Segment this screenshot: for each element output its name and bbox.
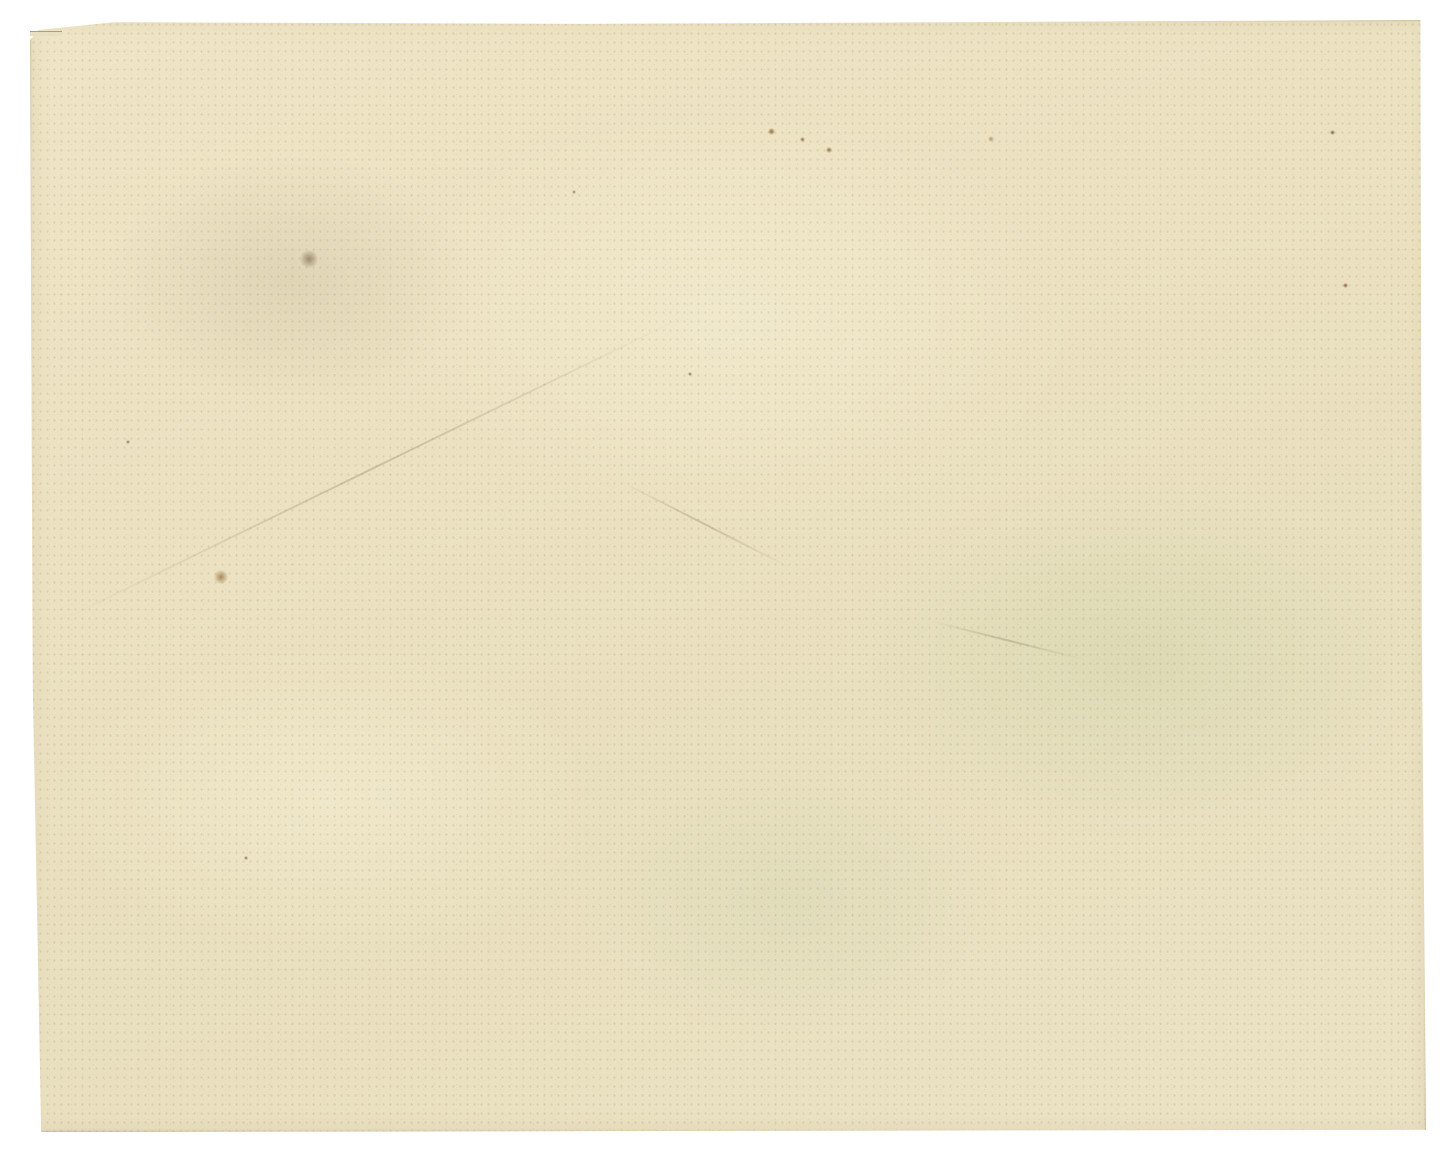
stain-spot (300, 250, 318, 268)
stain-spot (800, 137, 805, 142)
aged-paper-sheet (30, 20, 1426, 1132)
paper-corner-flap (30, 31, 62, 36)
stain-spot (126, 440, 130, 444)
image-canvas (0, 0, 1452, 1156)
stain-spot (1330, 130, 1335, 135)
stain-spot (826, 147, 832, 153)
stain-spot (214, 570, 228, 584)
stain-spot (688, 372, 692, 376)
stain-spot (1343, 283, 1348, 288)
stain-spot (244, 856, 248, 860)
paper-grain-texture (30, 20, 1426, 1132)
stain-spot (768, 128, 775, 135)
stain-spot (572, 190, 576, 194)
stain-spot (988, 136, 994, 142)
